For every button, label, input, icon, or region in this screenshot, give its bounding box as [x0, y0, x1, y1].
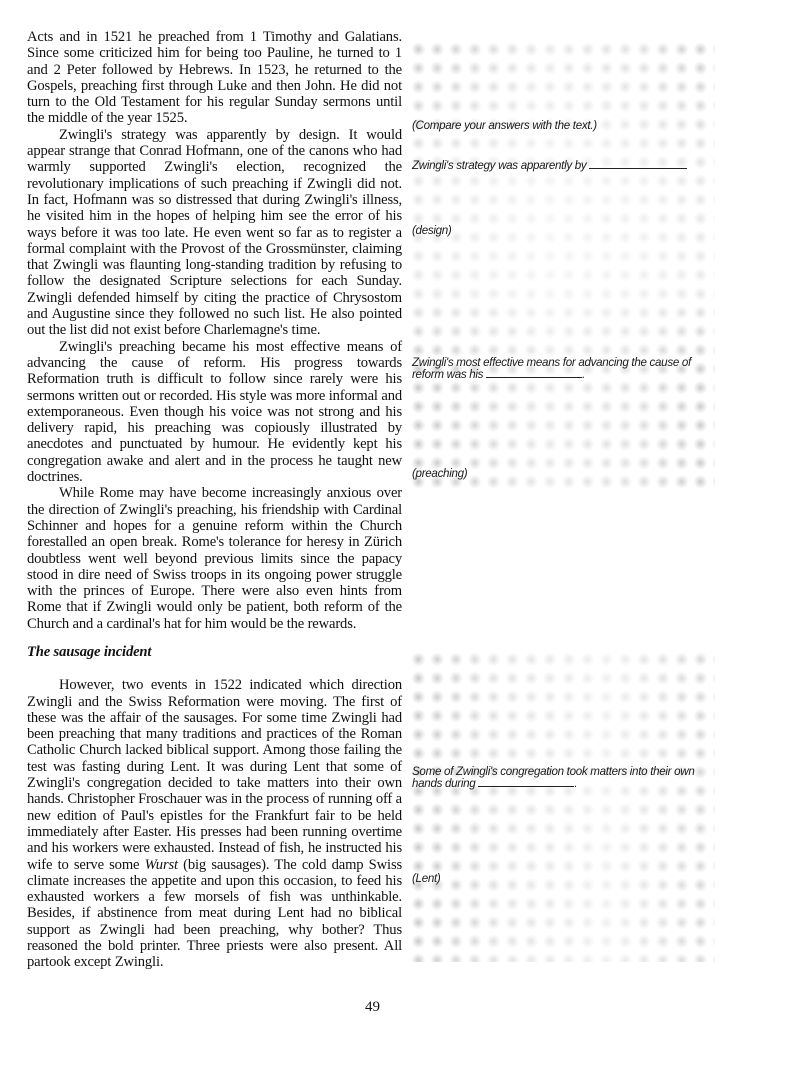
question-text: reform was his	[412, 368, 483, 381]
answer-text: (design)	[412, 225, 452, 237]
answer-blank	[486, 369, 582, 378]
question-prompt: hands during .	[412, 778, 577, 790]
page-number: 49	[0, 999, 745, 1016]
halftone-fade	[409, 40, 715, 492]
italic-term: Wurst	[145, 857, 178, 873]
body-paragraph: However, two events in 1522 indicated wh…	[27, 677, 402, 970]
answer-blank	[478, 778, 574, 787]
question-prompt: reform was his .	[412, 369, 585, 381]
question-prompt: Zwingli's strategy was apparently by	[412, 160, 687, 172]
question-text: hands during	[412, 777, 475, 790]
main-text-column: Acts and in 1521 he preached from 1 Timo…	[27, 29, 402, 971]
study-question-panel: (Compare your answers with the text.) Zw…	[409, 40, 715, 492]
body-paragraph: Acts and in 1521 he preached from 1 Timo…	[27, 29, 402, 127]
answer-text: (preaching)	[412, 468, 467, 480]
body-paragraph: Zwingli's strategy was apparently by des…	[27, 127, 402, 339]
halftone-fade	[409, 650, 715, 962]
body-paragraph: Zwingli's preaching became his most effe…	[27, 339, 402, 486]
body-paragraph: While Rome may have become increasingly …	[27, 485, 402, 632]
answer-blank	[589, 160, 687, 169]
section-heading: The sausage incident	[27, 644, 402, 660]
paragraph-text: However, two events in 1522 indicated wh…	[27, 677, 402, 872]
study-question-panel: Some of Zwingli's congregation took matt…	[409, 650, 715, 962]
paragraph-text: (big sausages). The cold damp Swiss clim…	[27, 857, 402, 971]
instruction-text: (Compare your answers with the text.)	[412, 120, 597, 132]
question-text: Zwingli's strategy was apparently by	[412, 159, 586, 172]
answer-text: (Lent)	[412, 873, 441, 885]
